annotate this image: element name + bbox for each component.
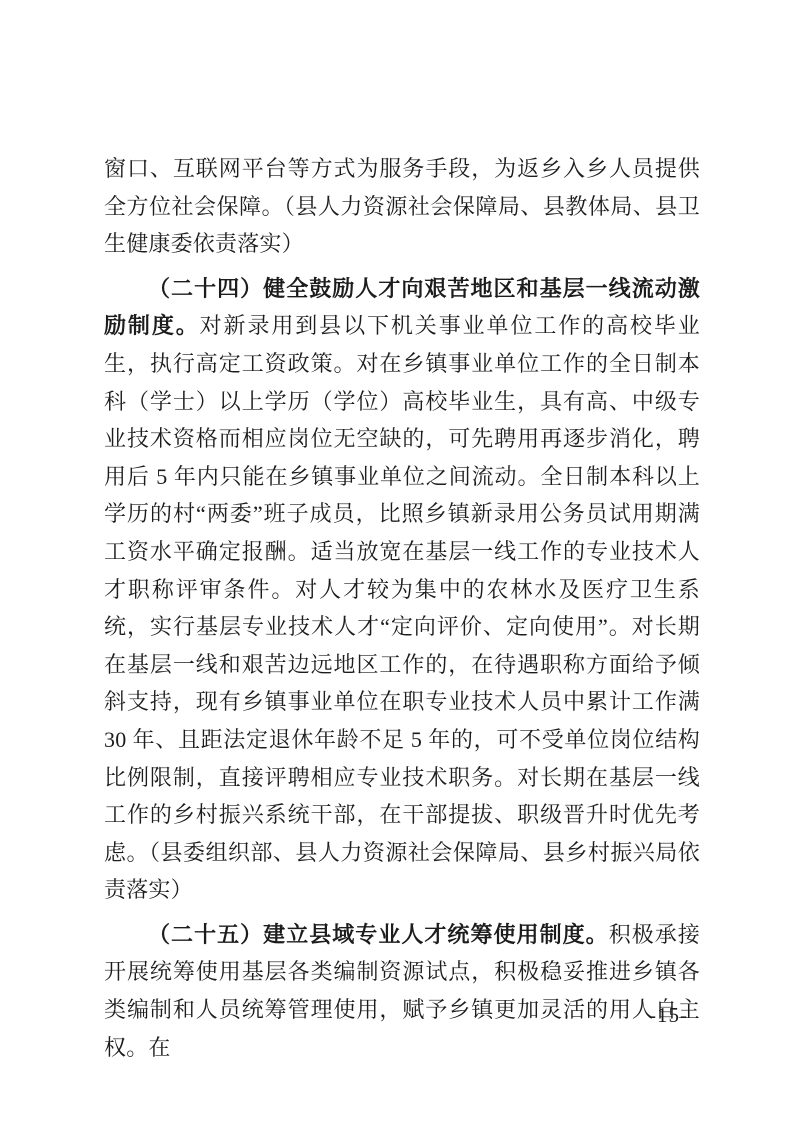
- page-number: -15-: [649, 1003, 688, 1028]
- paragraph-section-25: （二十五）建立县域专业人才统筹使用制度。积极承接开展统筹使用基层各类编制资源试点…: [104, 916, 700, 1066]
- paragraph-section-24: （二十四）健全鼓励人才向艰苦地区和基层一线流动激励制度。对新录用到县以下机关事业…: [104, 270, 700, 909]
- document-body: 窗口、互联网平台等方式为服务手段，为返乡入乡人员提供全方位社会保障。（县人力资源…: [104, 150, 700, 1066]
- section-heading: （二十五）建立县域专业人才统筹使用制度。: [148, 922, 609, 947]
- paragraph-text: 窗口、互联网平台等方式为服务手段，为返乡入乡人员提供全方位社会保障。（县人力资源…: [104, 156, 700, 256]
- paragraph-text: 对新录用到县以下机关事业单位工作的高校毕业生，执行高定工资政策。对在乡镇事业单位…: [104, 313, 700, 902]
- document-page: 窗口、互联网平台等方式为服务手段，为返乡入乡人员提供全方位社会保障。（县人力资源…: [0, 0, 793, 1122]
- paragraph-continuation: 窗口、互联网平台等方式为服务手段，为返乡入乡人员提供全方位社会保障。（县人力资源…: [104, 150, 700, 263]
